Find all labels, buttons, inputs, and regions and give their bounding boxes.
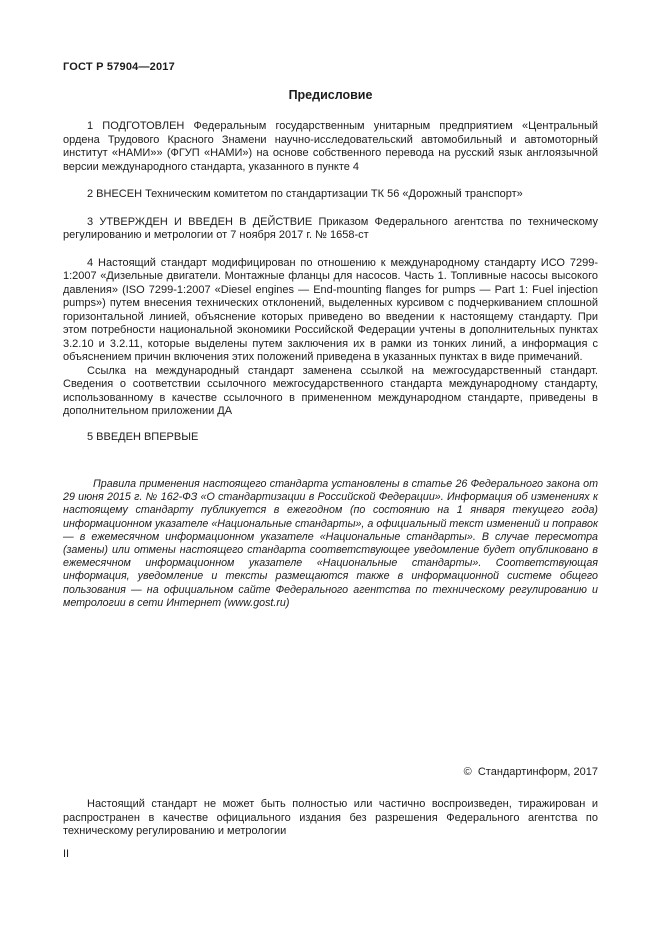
foreword-body: 1 ПОДГОТОВЛЕН Федеральным государственны… (63, 120, 598, 444)
page-title: Предисловие (0, 88, 661, 102)
document-designation: ГОСТ Р 57904—2017 (63, 61, 175, 73)
foreword-clause-5: 5 ВВЕДЕН ВПЕРВЫЕ (63, 431, 598, 445)
foreword-clause-1: 1 ПОДГОТОВЛЕН Федеральным государственны… (63, 120, 598, 174)
reproduction-notice: Настоящий стандарт не может быть полност… (63, 798, 598, 839)
copyright-notice: © Стандартинформ, 2017 (464, 766, 598, 778)
foreword-clause-4-part-2: Ссылка на международный стандарт заменен… (63, 365, 598, 419)
document-page: ГОСТ Р 57904—2017 Предисловие 1 ПОДГОТОВ… (0, 0, 661, 936)
foreword-clause-4-part-1: 4 Настоящий стандарт модифицирован по от… (63, 257, 598, 365)
application-rules-note: Правила применения настоящего стандарта … (63, 478, 598, 610)
page-number: II (63, 848, 69, 860)
foreword-clause-2: 2 ВНЕСЕН Техническим комитетом по станда… (63, 188, 598, 202)
foreword-clause-3: 3 УТВЕРЖДЕН И ВВЕДЕН В ДЕЙСТВИЕ Приказом… (63, 216, 598, 243)
